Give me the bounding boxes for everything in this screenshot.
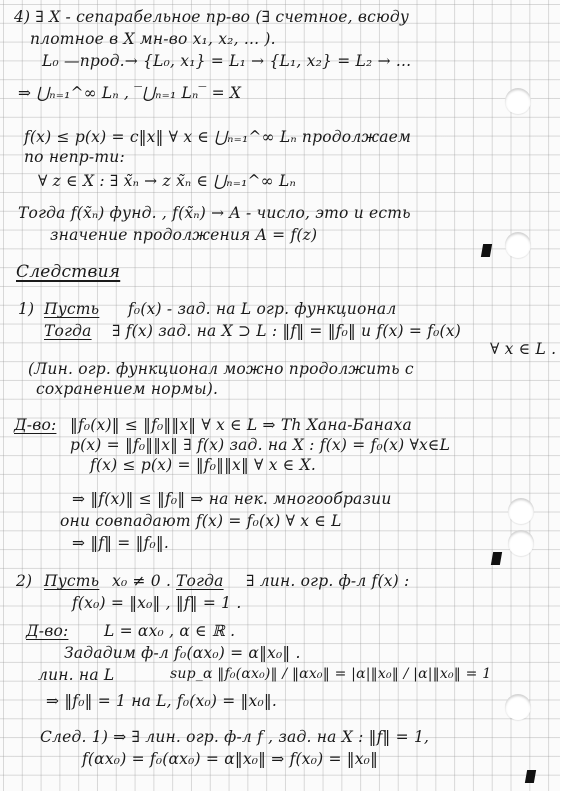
item-number: 2) (16, 572, 32, 590)
formula-line: f(x) ≤ p(x) = c‖x‖ ∀ x ∈ ⋃ₙ₌₁^∞ Lₙ продо… (24, 128, 411, 146)
formula-line: f(αx₀) = f₀(αx₀) = α‖x₀‖ ⇒ f(x₀) = ‖x₀‖ (82, 750, 378, 768)
text-line: значение продолжения A = f(z) (50, 226, 317, 244)
binder-hole (505, 694, 531, 720)
formula-line: ⇒ ‖f₀‖ = 1 на L, f₀(x₀) = ‖x₀‖. (46, 692, 277, 710)
formula-line: ⇒ ‖f(x)‖ ≤ ‖f₀‖ ⇒ на нек. многообразии (72, 490, 392, 508)
text-line: f₀(x) - зад. на L огр. функционал (128, 300, 396, 318)
text-line: (Лин. огр. функционал можно продолжить с (28, 360, 414, 378)
text-line: по непр-ти: (24, 148, 125, 166)
text-line: плотное в X мн-во x₁, x₂, ... ). (30, 30, 276, 48)
formula-line: ∃ f(x) зад. на X ⊃ L : ‖f‖ = ‖f₀‖ и f(x)… (112, 322, 461, 340)
formula-line: x₀ ≠ 0 . (112, 572, 171, 590)
text-line: ∃ лин. огр. ф-л f(x) : (246, 572, 409, 590)
text-line: Зададим ф-л f₀(αx₀) = α‖x₀‖ . (64, 644, 301, 662)
formula-line: sup_α ‖f₀(αx₀)‖ / ‖αx₀‖ = |α|‖x₀‖ / |α|‖… (170, 666, 491, 682)
formula-line: ⇒ ‖f‖ = ‖f₀‖. (72, 534, 169, 552)
formula-line: f(x₀) = ‖x₀‖ , ‖f‖ = 1 . (72, 594, 241, 612)
formula-line: f(x) ≤ p(x) = ‖f₀‖‖x‖ ∀ x ∈ X. (90, 456, 316, 474)
formula-line: L = αx₀ , α ∈ ℝ . (104, 622, 235, 640)
let-keyword: Пусть (44, 300, 99, 318)
then-keyword: Тогда (44, 322, 92, 340)
formula-line: ∀ z ∈ X : ∃ x̃ₙ → z x̃ₙ ∈ ⋃ₙ₌₁^∞ Lₙ (38, 172, 296, 190)
text-line: След. 1) ⇒ ∃ лин. огр. ф-л f , зад. на X… (40, 728, 429, 746)
formula-line: p(x) = ‖f₀‖‖x‖ ∃ f(x) зад. на X : f(x) =… (70, 436, 450, 454)
binder-hole (505, 232, 531, 258)
binder-hole (508, 530, 534, 556)
page-margin (560, 0, 587, 791)
text-line: лин. на L (38, 666, 114, 684)
section-heading: Следствия (16, 262, 120, 282)
text-line: Тогда f(x̃ₙ) фунд. , f(x̃ₙ) → A - число,… (18, 204, 411, 222)
text-line: L₀ —прод.→ {L₀, x₁} = L₁ → {L₁, x₂} = L₂… (42, 52, 411, 70)
formula-line: ∀ x ∈ L . (490, 340, 556, 358)
binder-hole (508, 498, 534, 524)
text-line: 4) ∃ X - сепарабельное пр-во (∃ счетное,… (14, 8, 409, 26)
proof-label: Д-во: (26, 622, 68, 640)
formula-line: ‖f₀(x)‖ ≤ ‖f₀‖‖x‖ ∀ x ∈ L ⇒ Th Хана-Бана… (70, 416, 412, 434)
proof-label: Д-во: (14, 416, 56, 434)
item-number: 1) (18, 300, 34, 318)
formula-line: ⇒ ⋃ₙ₌₁^∞ Lₙ , ‾⋃ₙ₌₁ Lₙ‾ = X (18, 84, 241, 102)
binder-hole (505, 88, 531, 114)
let-keyword: Пусть (44, 572, 99, 590)
then-keyword: Тогда (176, 572, 224, 590)
text-line: сохранением нормы). (36, 380, 218, 398)
text-line: они совпадают f(x) = f₀(x) ∀ x ∈ L (60, 512, 342, 530)
